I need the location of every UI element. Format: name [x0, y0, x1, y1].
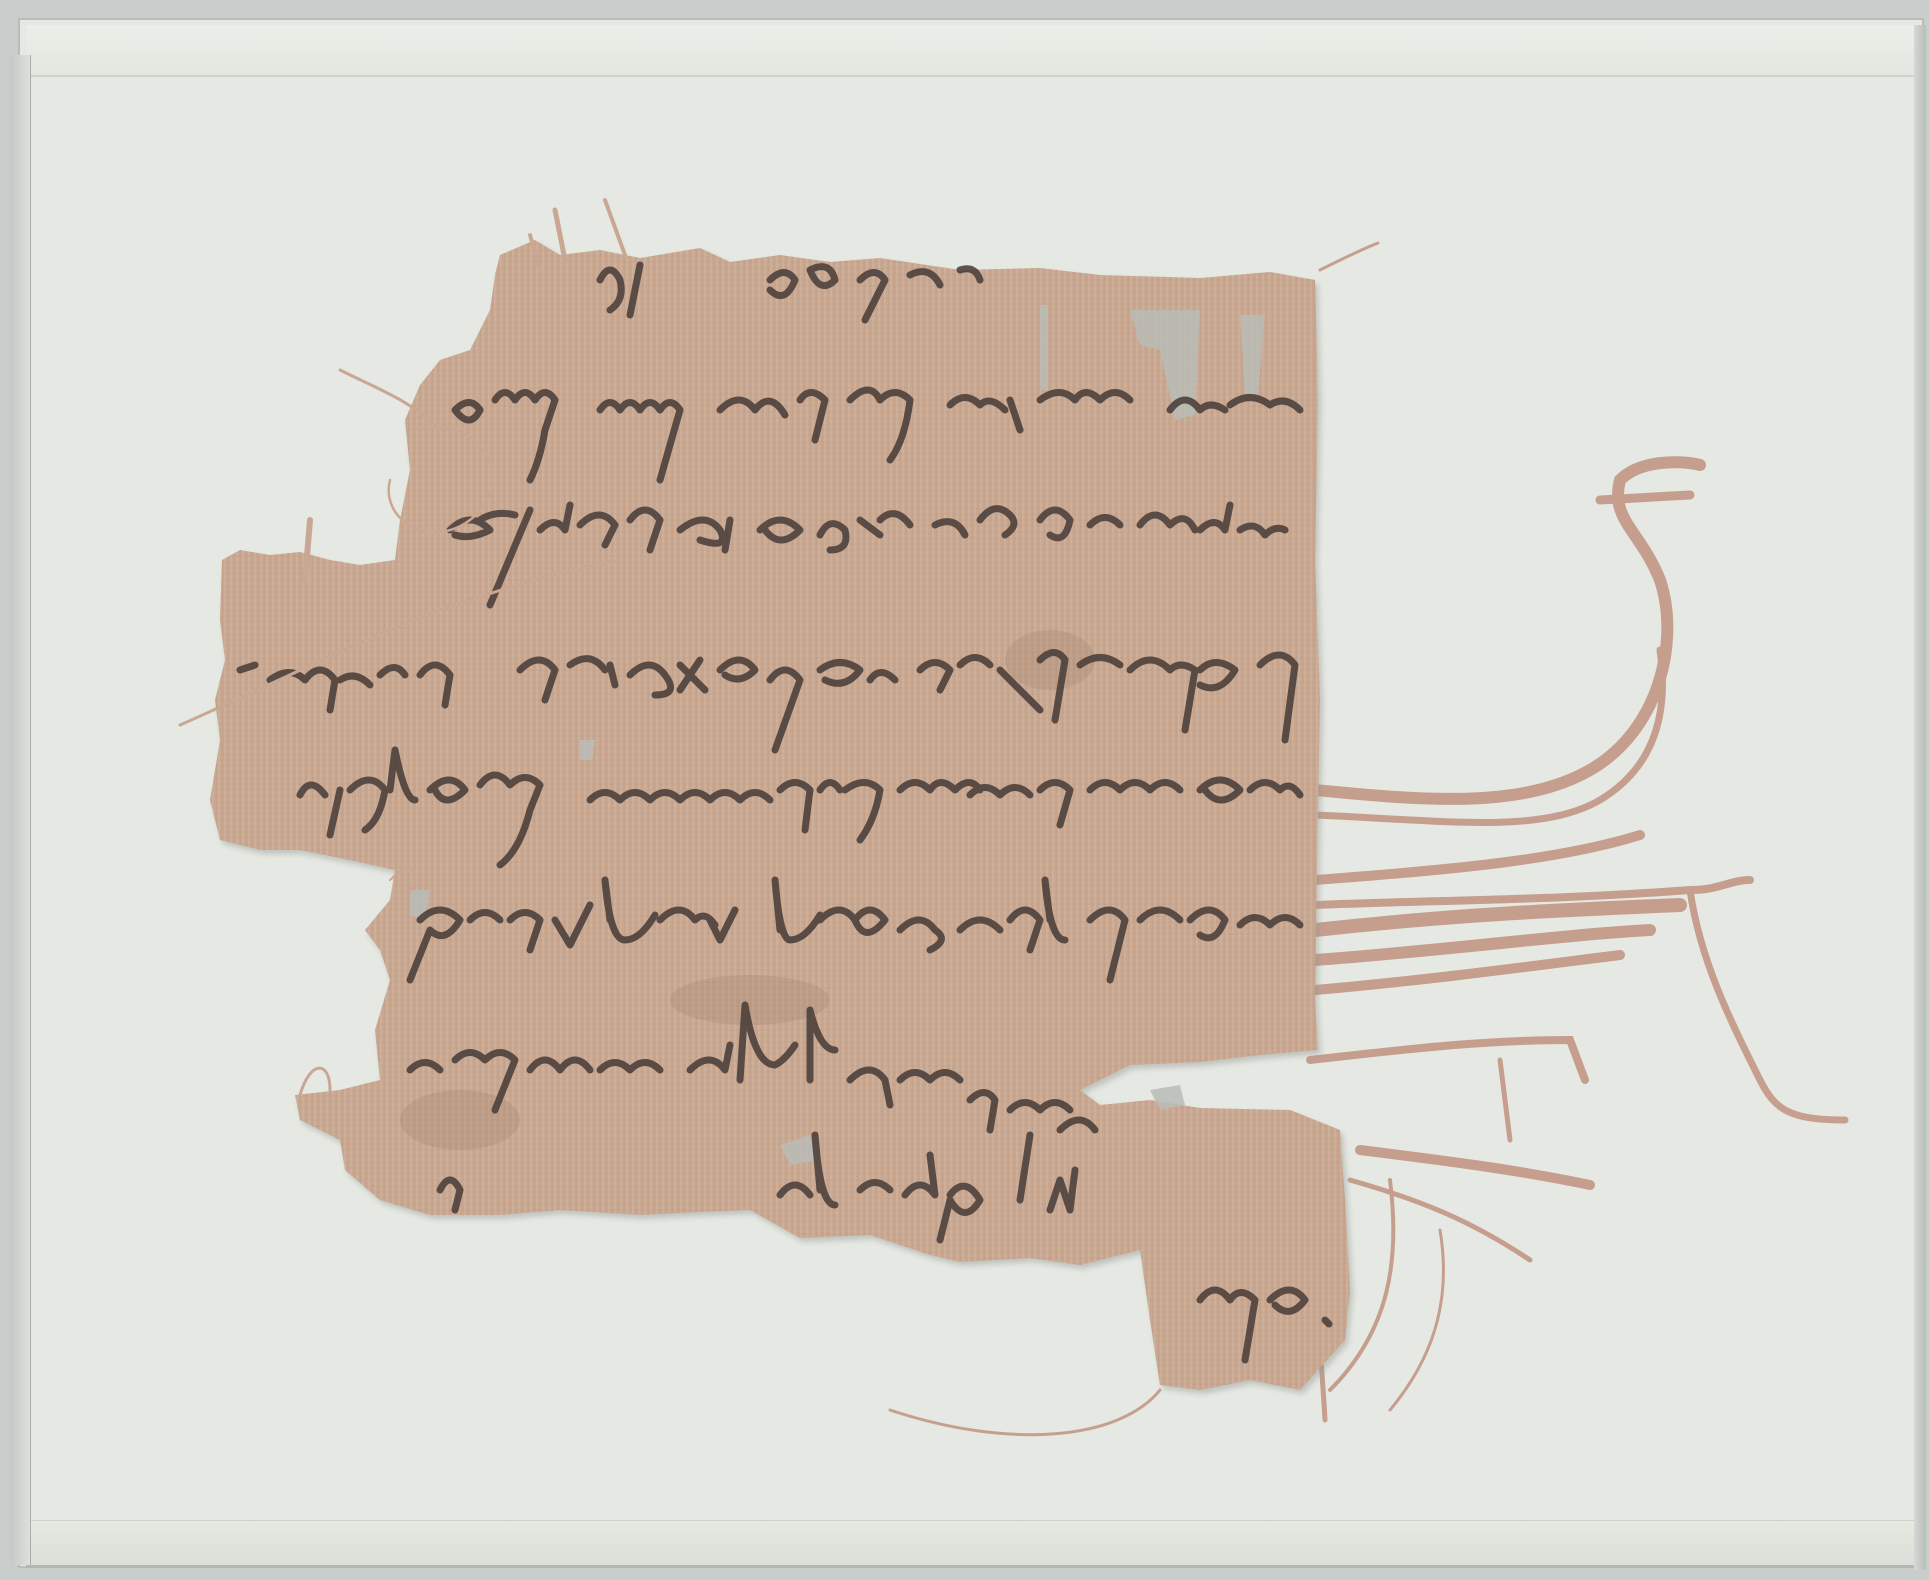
photo-scene: Fragment of papyrus with cursive handwri…	[0, 0, 1929, 1580]
papyrus-fragment	[0, 0, 1929, 1580]
